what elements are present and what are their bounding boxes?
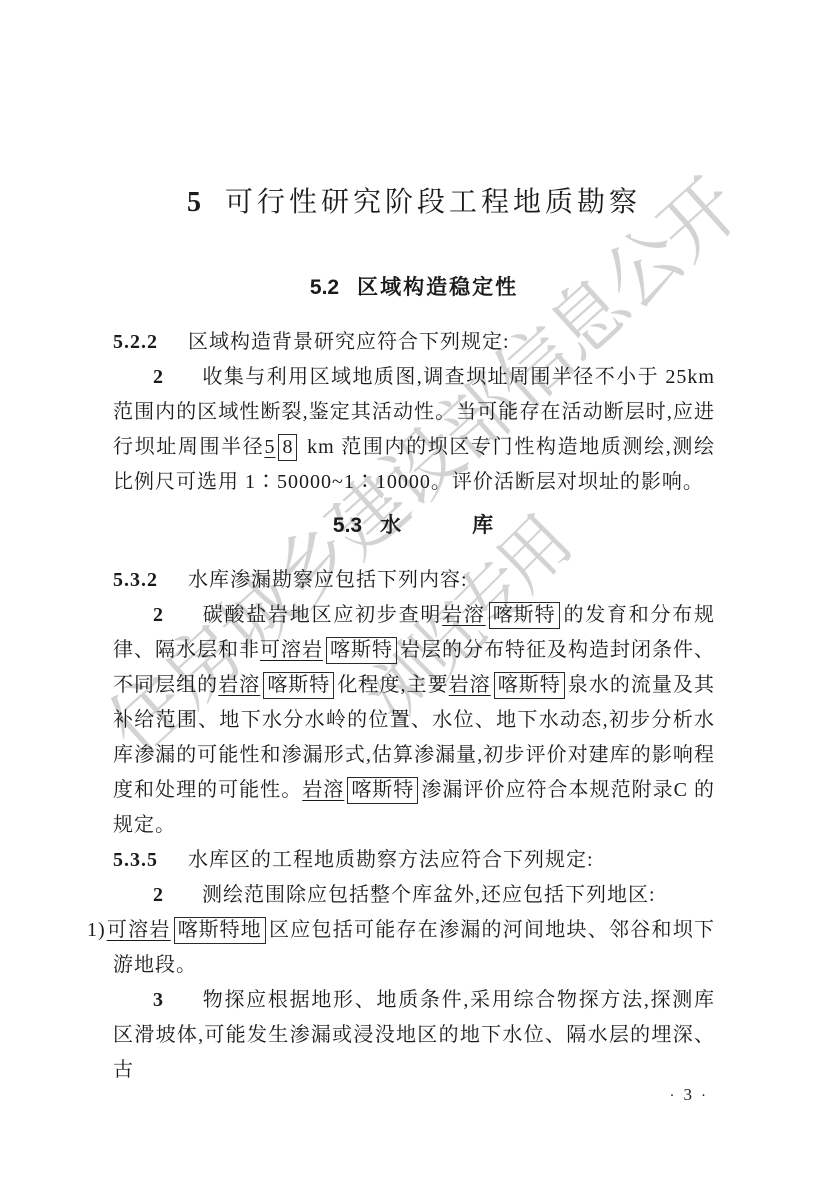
- clause-paragraph: 5.3.5水库区的工程地质勘察方法应符合下列规定:: [113, 843, 715, 878]
- chapter-title: 5可行性研究阶段工程地质勘察: [113, 186, 715, 220]
- item-paragraph: 3物探应根据地形、地质条件,采用综合物探方法,探测库区滑坡体,可能发生渗漏或浸没…: [113, 983, 715, 1088]
- footer-left-dot: ·: [670, 1088, 675, 1104]
- deleted-term: 岩溶: [442, 604, 486, 626]
- text-segment: 化程度,主要: [337, 674, 448, 696]
- section-title: 区域构造稳定性: [357, 276, 518, 299]
- text-segment: 碳酸盐岩地区应初步查明: [202, 604, 442, 626]
- text-segment: 水库渗漏勘察应包括下列内容:: [188, 569, 468, 591]
- item-paragraph: 2收集与利用区域地质图,调查坝址周围半径不小于 25km范围内的区域性断裂,鉴定…: [113, 360, 715, 500]
- deleted-term: 岩溶: [449, 674, 491, 696]
- content-blocks: 5.2区域构造稳定性5.2.2区域构造背景研究应符合下列规定:2收集与利用区域地…: [113, 276, 715, 1088]
- inserted-term: 8: [278, 434, 297, 461]
- chapter-title-text: 可行性研究阶段工程地质勘察: [225, 187, 641, 218]
- footer-right-dot: ·: [701, 1088, 706, 1104]
- item-number: 2: [153, 366, 164, 388]
- chapter-number: 5: [187, 187, 201, 218]
- item-paragraph: 2测绘范围除应包括整个库盆外,还应包括下列地区:: [113, 878, 715, 913]
- clause-paragraph: 5.2.2区域构造背景研究应符合下列规定:: [113, 325, 715, 360]
- section-number: 5.2: [310, 276, 339, 299]
- text-segment: 物探应根据地形、地质条件,采用综合物探方法,探测库区滑坡体,可能发生渗漏或浸没地…: [113, 989, 715, 1081]
- page-footer: ·3·: [661, 1086, 716, 1105]
- text-segment: 区域构造背景研究应符合下列规定:: [188, 331, 510, 353]
- section-number: 5.3: [333, 514, 362, 537]
- text-segment: 水库区的工程地质勘察方法应符合下列规定:: [188, 849, 594, 871]
- deleted-term: 5: [264, 436, 275, 458]
- section-heading: 5.2区域构造稳定性: [113, 276, 715, 300]
- clause-paragraph: 5.3.2水库渗漏勘察应包括下列内容:: [113, 563, 715, 598]
- item-number: 2: [153, 884, 164, 906]
- inserted-term: 喀斯特: [494, 672, 565, 699]
- section-heading: 5.3水 库: [113, 514, 715, 538]
- item-paragraph: 2碳酸盐岩地区应初步查明岩溶喀斯特的发育和分布规律、隔水层和非可溶岩喀斯特岩层的…: [113, 598, 715, 843]
- clause-number: 5.3.2: [113, 569, 158, 591]
- item-number: 3: [153, 989, 164, 1011]
- inserted-term: 喀斯特: [263, 672, 334, 699]
- page-number: 3: [684, 1085, 693, 1104]
- text-segment: 测绘范围除应包括整个库盆外,还应包括下列地区:: [202, 884, 656, 906]
- subitem-number: 1): [87, 919, 106, 941]
- deleted-term: 岩溶: [218, 674, 260, 696]
- clause-number: 5.3.5: [113, 849, 158, 871]
- page-content: 5可行性研究阶段工程地质勘察 5.2区域构造稳定性5.2.2区域构造背景研究应符…: [113, 0, 715, 1088]
- item-number: 2: [153, 604, 164, 626]
- section-title: 水 库: [380, 514, 495, 537]
- clause-number: 5.2.2: [113, 331, 158, 353]
- inserted-term: 喀斯特地: [174, 917, 266, 944]
- document-page: 住房城乡建设部信息公开 浏览专用 5可行性研究阶段工程地质勘察 5.2区域构造稳…: [0, 0, 827, 1199]
- deleted-term: 可溶岩: [107, 919, 171, 941]
- subitem-paragraph: 1)可溶岩喀斯特地区应包括可能存在渗漏的河间地块、邻谷和坝下游地段。: [113, 913, 715, 983]
- deleted-term: 可溶岩: [260, 639, 323, 661]
- deleted-term: 岩溶: [302, 779, 344, 801]
- inserted-term: 喀斯特: [347, 777, 418, 804]
- inserted-term: 喀斯特: [326, 637, 397, 664]
- inserted-term: 喀斯特: [489, 602, 560, 629]
